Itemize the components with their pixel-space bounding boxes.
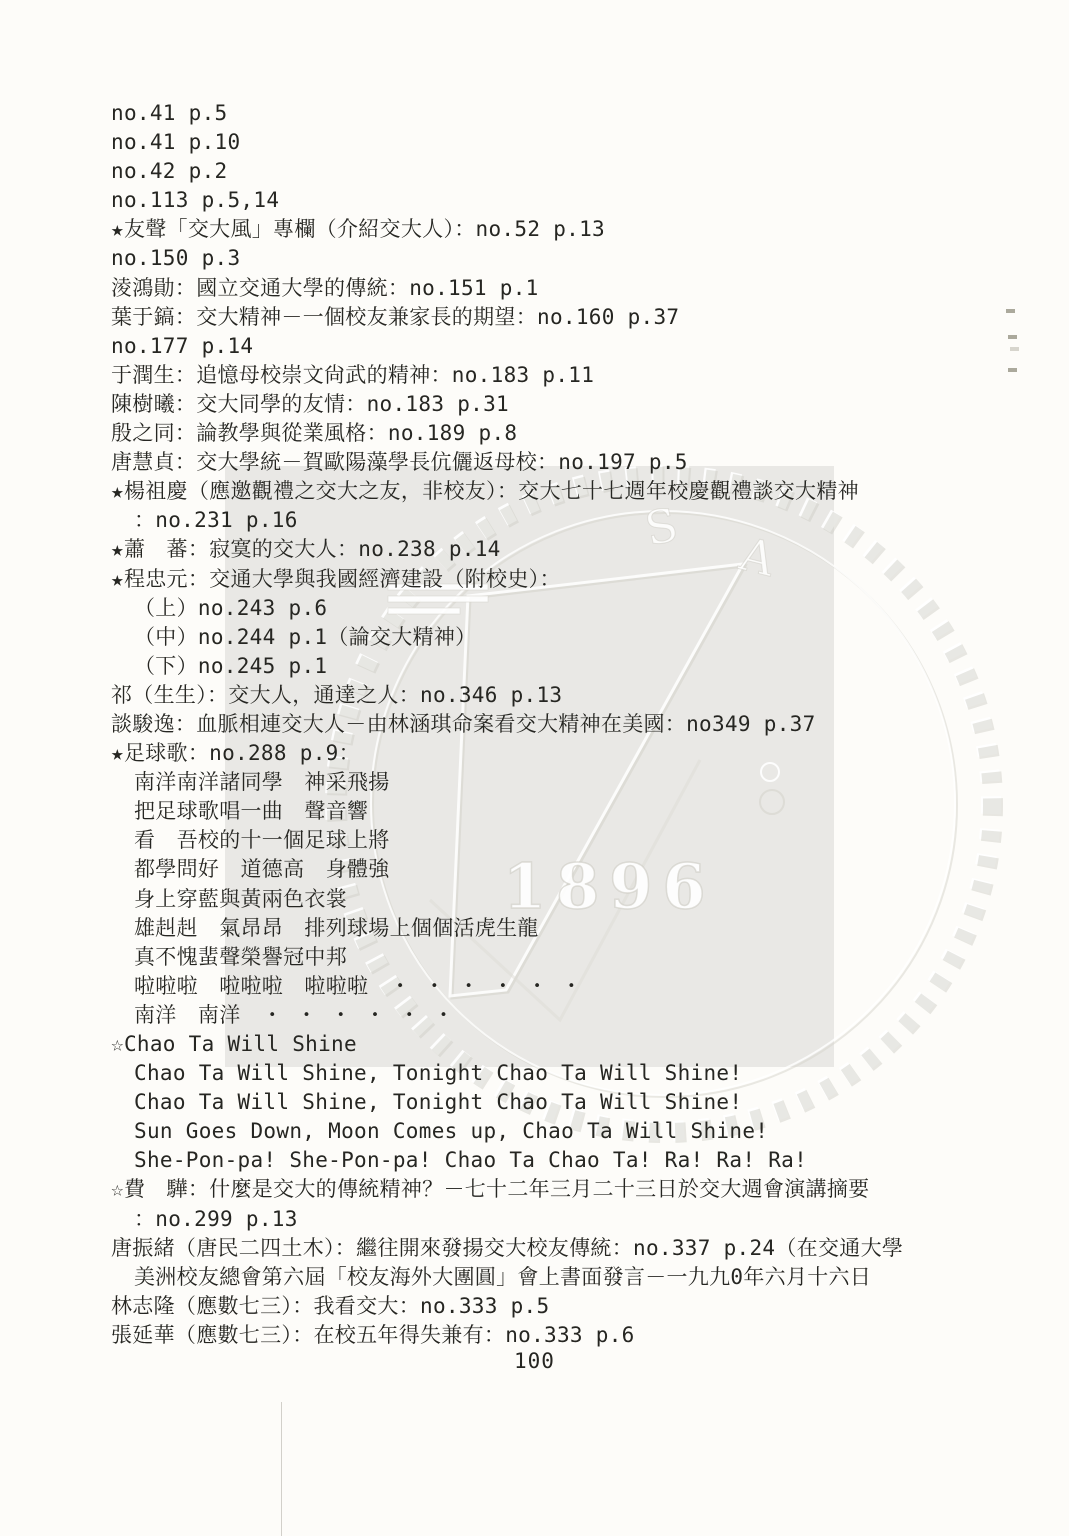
open-star-marker-icon: ☆ [111, 1032, 124, 1056]
index-line-text: 友聲「交大風」專欄（介紹交大人）：no.52 p.13 [124, 217, 605, 241]
index-line-text: （下）no.245 p.1 [134, 654, 327, 678]
index-line: 張延華（應數七三）：在校五年得失兼有：no.333 p.6 [111, 1321, 903, 1350]
index-line-text: no.113 p.5,14 [111, 188, 279, 212]
index-line: no.177 p.14 [111, 332, 903, 361]
filled-star-marker-icon: ★ [111, 479, 124, 503]
index-line: Chao Ta Will Shine, Tonight Chao Ta Will… [111, 1059, 903, 1088]
index-line: 唐振緒（唐民二四土木）：繼往開來發揚交大校友傳統：no.337 p.24（在交通… [111, 1234, 903, 1263]
index-line-text: 南洋南洋諸同學 神采飛揚 [134, 770, 390, 794]
index-line: 于潤生：追憶母校崇文尙武的精神：no.183 p.11 [111, 361, 903, 390]
index-line: 淩鴻勛：國立交通大學的傳統：no.151 p.1 [111, 274, 903, 303]
index-line: 林志隆（應數七三）：我看交大：no.333 p.5 [111, 1292, 903, 1321]
index-line-text: no.150 p.3 [111, 246, 240, 270]
index-line-text: 于潤生：追憶母校崇文尙武的精神：no.183 p.11 [111, 363, 594, 387]
index-line-text: 啦啦啦 啦啦啦 啦啦啦 ・ ・ ・ ・ ・ ・ [134, 974, 582, 998]
filled-star-marker-icon: ★ [111, 537, 124, 561]
index-line-text: 都學問好 道德高 身體強 [134, 857, 390, 881]
index-line: ★程忠元：交通大學與我國經濟建設（附校史）： [111, 565, 903, 594]
index-line: 看 吾校的十一個足球上將 [111, 826, 903, 855]
index-line-text: 雄赳赳 氣昂昂 排列球場上個個活虎生龍 [134, 916, 539, 940]
index-line-text: （上）no.243 p.6 [134, 596, 327, 620]
index-line-text: Chao Ta Will Shine [124, 1032, 357, 1056]
index-line: ★楊祖慶（應邀觀禮之交大之友，非校友）：交大七十七週年校慶觀禮談交大精神 [111, 477, 903, 506]
index-line-text: 唐振緒（唐民二四土木）：繼往開來發揚交大校友傳統：no.337 p.24（在交通… [111, 1236, 903, 1260]
index-line: 啦啦啦 啦啦啦 啦啦啦 ・ ・ ・ ・ ・ ・ [111, 972, 903, 1001]
index-line-text: 談駿逸：血脈相連交大人－由林涵琪命案看交大精神在美國：no349 p.37 [111, 712, 816, 736]
index-line: ★蕭 蕃：寂寞的交大人：no.238 p.14 [111, 535, 903, 564]
index-line-text: 殷之同：論教學與從業風格：no.189 p.8 [111, 421, 517, 445]
index-line-text: Sun Goes Down, Moon Comes up, Chao Ta Wi… [134, 1119, 768, 1143]
index-line: no.113 p.5,14 [111, 186, 903, 215]
open-star-marker-icon: ☆ [111, 1177, 124, 1201]
index-line: no.150 p.3 [111, 244, 903, 273]
index-line-text: 楊祖慶（應邀觀禮之交大之友，非校友）：交大七十七週年校慶觀禮談交大精神 [124, 479, 859, 503]
index-text-block: no.41 p.5no.41 p.10no.42 p.2no.113 p.5,1… [111, 99, 903, 1350]
index-line: （下）no.245 p.1 [111, 652, 903, 681]
filled-star-marker-icon: ★ [111, 217, 124, 241]
index-line: （中）no.244 p.1（論交大精神） [111, 623, 903, 652]
index-line-text: 把足球歌唱一曲 聲音響 [134, 799, 368, 823]
index-line-text: 美洲校友總會第六屆「校友海外大團圓」會上書面發言－一九九0年六月十六日 [134, 1265, 871, 1289]
index-line: no.41 p.5 [111, 99, 903, 128]
index-line: ★友聲「交大風」專欄（介紹交大人）：no.52 p.13 [111, 215, 903, 244]
index-line: （上）no.243 p.6 [111, 594, 903, 623]
index-line-text: （中）no.244 p.1（論交大精神） [134, 625, 476, 649]
index-line: 南洋 南洋 ・ ・ ・ ・ ・ ・ [111, 1001, 903, 1030]
index-line: 身上穿藍與黃兩色衣裳 [111, 885, 903, 914]
index-line: ☆Chao Ta Will Shine [111, 1030, 903, 1059]
index-line: 雄赳赳 氣昂昂 排列球場上個個活虎生龍 [111, 914, 903, 943]
index-line: ：no.299 p.13 [111, 1205, 903, 1234]
index-line: 都學問好 道德高 身體強 [111, 855, 903, 884]
index-line-text: 身上穿藍與黃兩色衣裳 [134, 887, 347, 911]
index-line-text: ：no.299 p.13 [134, 1207, 298, 1231]
index-line: Sun Goes Down, Moon Comes up, Chao Ta Wi… [111, 1117, 903, 1146]
index-line: 真不愧蜚聲榮譽冠中邦 [111, 943, 903, 972]
index-line-text: 唐慧貞：交大學統－賀歐陽藻學長伉儷返母校：no.197 p.5 [111, 450, 688, 474]
index-line-text: 葉于鎬：交大精神－一個校友兼家長的期望：no.160 p.37 [111, 305, 679, 329]
index-line-text: Chao Ta Will Shine, Tonight Chao Ta Will… [134, 1061, 742, 1085]
index-line-text: She-Pon-pa! She-Pon-pa! Chao Ta Chao Ta!… [134, 1148, 807, 1172]
index-line: Chao Ta Will Shine, Tonight Chao Ta Will… [111, 1088, 903, 1117]
index-line-text: no.42 p.2 [111, 159, 228, 183]
index-line: 南洋南洋諸同學 神采飛揚 [111, 768, 903, 797]
index-line: 談駿逸：血脈相連交大人－由林涵琪命案看交大精神在美國：no349 p.37 [111, 710, 903, 739]
scanned-page: { "page": { "number": "100" }, "watermar… [0, 0, 1069, 1536]
index-line-text: 南洋 南洋 ・ ・ ・ ・ ・ ・ [134, 1003, 454, 1027]
filled-star-marker-icon: ★ [111, 741, 124, 765]
index-line-text: Chao Ta Will Shine, Tonight Chao Ta Will… [134, 1090, 742, 1114]
filled-star-marker-icon: ★ [111, 567, 124, 591]
index-line-text: no.41 p.5 [111, 101, 228, 125]
index-line-text: 看 吾校的十一個足球上將 [134, 828, 390, 852]
index-line: ☆費 驊：什麼是交大的傳統精神？－七十二年三月二十三日於交大週會演講摘要 [111, 1175, 903, 1204]
index-line: She-Pon-pa! She-Pon-pa! Chao Ta Chao Ta!… [111, 1146, 903, 1175]
scan-speck [1008, 368, 1017, 372]
index-line: ：no.231 p.16 [111, 506, 903, 535]
index-line-text: 費 驊：什麼是交大的傳統精神？－七十二年三月二十三日於交大週會演講摘要 [124, 1177, 870, 1201]
scan-speck [1006, 309, 1015, 313]
page-number: 100 [514, 1349, 555, 1373]
index-line-text: 足球歌：no.288 p.9： [124, 741, 360, 765]
index-line-text: 真不愧蜚聲榮譽冠中邦 [134, 945, 347, 969]
index-line: 唐慧貞：交大學統－賀歐陽藻學長伉儷返母校：no.197 p.5 [111, 448, 903, 477]
index-line-text: ：no.231 p.16 [134, 508, 298, 532]
index-line: 美洲校友總會第六屆「校友海外大團圓」會上書面發言－一九九0年六月十六日 [111, 1263, 903, 1292]
index-line: 祁（生生）：交大人，通達之人：no.346 p.13 [111, 681, 903, 710]
index-line-text: 陳樹曦：交大同學的友情：no.183 p.31 [111, 392, 509, 416]
index-line-text: 林志隆（應數七三）：我看交大：no.333 p.5 [111, 1294, 549, 1318]
scan-speck [1008, 335, 1017, 339]
index-line-text: 淩鴻勛：國立交通大學的傳統：no.151 p.1 [111, 276, 539, 300]
index-line: no.42 p.2 [111, 157, 903, 186]
index-line-text: 蕭 蕃：寂寞的交大人：no.238 p.14 [124, 537, 501, 561]
scan-speck [1010, 347, 1019, 351]
index-line-text: 祁（生生）：交大人，通達之人：no.346 p.13 [111, 683, 562, 707]
index-line: ★足球歌：no.288 p.9： [111, 739, 903, 768]
index-line-text: no.41 p.10 [111, 130, 240, 154]
index-line: 把足球歌唱一曲 聲音響 [111, 797, 903, 826]
index-line: 殷之同：論教學與從業風格：no.189 p.8 [111, 419, 903, 448]
scan-fold-line [281, 1402, 282, 1536]
index-line: no.41 p.10 [111, 128, 903, 157]
index-line: 陳樹曦：交大同學的友情：no.183 p.31 [111, 390, 903, 419]
index-line: 葉于鎬：交大精神－一個校友兼家長的期望：no.160 p.37 [111, 303, 903, 332]
index-line-text: 張延華（應數七三）：在校五年得失兼有：no.333 p.6 [111, 1323, 635, 1347]
index-line-text: 程忠元：交通大學與我國經濟建設（附校史）： [124, 567, 561, 591]
index-line-text: no.177 p.14 [111, 334, 253, 358]
